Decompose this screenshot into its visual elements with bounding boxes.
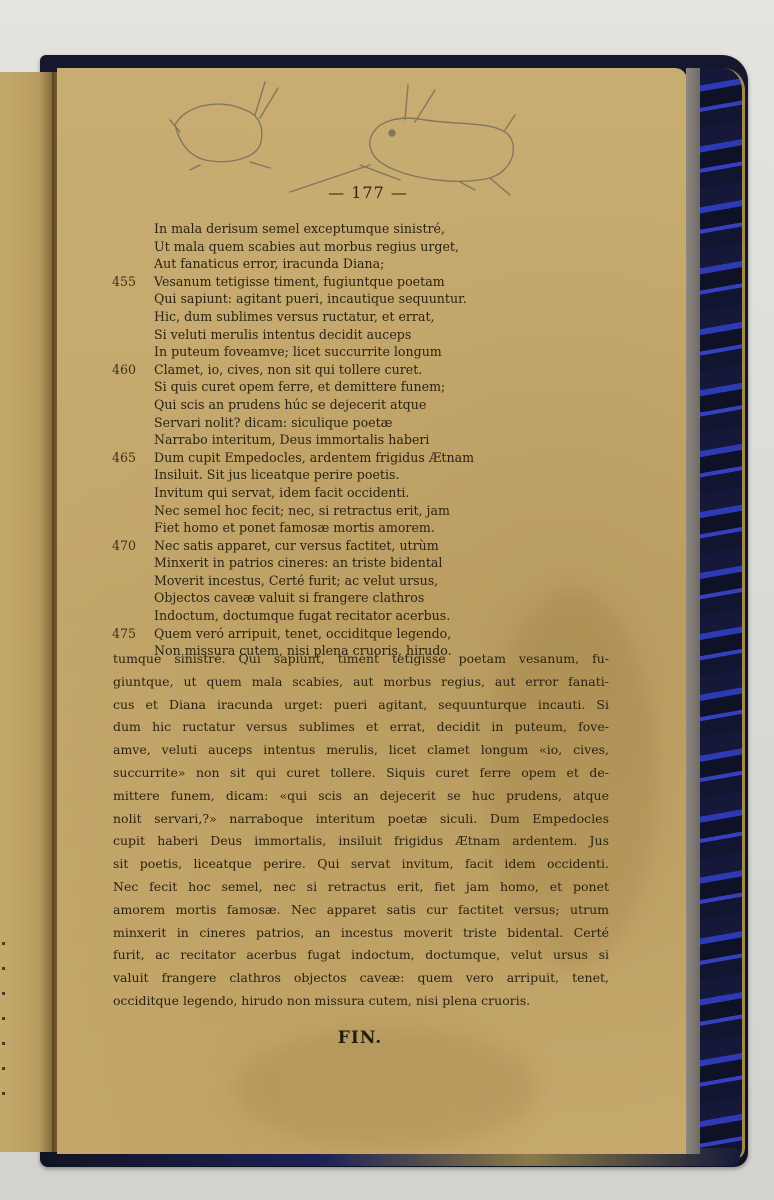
verse-text: Si veluti merulis intentus decidit aucep… (154, 326, 552, 344)
prose-line: tumque sinistré. Qui sapiunt, timent tet… (113, 648, 609, 671)
verse-text: Clamet, io, cives, non sit qui tollere c… (154, 361, 552, 379)
verse-text: Quem veró arripuit, tenet, occiditque le… (154, 625, 552, 643)
verse-text: Narrabo interitum, Deus immortalis haber… (154, 431, 552, 449)
line-number: 470 (112, 537, 154, 555)
line-number (112, 343, 154, 361)
prose-line: amve, veluti auceps intentus merulis, li… (113, 739, 609, 762)
line-number: 465 (112, 449, 154, 467)
line-number (112, 572, 154, 590)
verse-line: 465Dum cupit Empedocles, ardentem frigid… (112, 449, 552, 467)
verse-line: Minxerit in patrios cineres: an triste b… (112, 554, 552, 572)
line-number (112, 326, 154, 344)
prose-line: cupit haberi Deus immortalis, insiluit f… (113, 830, 609, 853)
line-number: 455 (112, 273, 154, 291)
verse-line: 470Nec satis apparet, cur versus factite… (112, 537, 552, 555)
verse-text: Indoctum, doctumque fugat recitator acer… (154, 607, 552, 625)
line-number (112, 414, 154, 432)
line-number (112, 589, 154, 607)
page-fore-edge (686, 68, 700, 1154)
prose-line: nolit servari,?» narraboque interitum po… (113, 808, 609, 831)
prose-line: minxerit in cineres patrios, an incestus… (113, 922, 609, 945)
prose-line: furit, ac recitator acerbus fugat indoct… (113, 944, 609, 967)
verse-line: Objectos caveæ valuit si frangere clathr… (112, 589, 552, 607)
prose-line: Nec fecit hoc semel, nec si retractus er… (113, 876, 609, 899)
verse-line: Hic, dum sublimes versus ructatur, et er… (112, 308, 552, 326)
verse-text: Qui sapiunt: agitant pueri, incautique s… (154, 290, 552, 308)
page-number: — 177 — (318, 183, 418, 202)
verse-line: 475Quem veró arripuit, tenet, occiditque… (112, 625, 552, 643)
verse-line: Indoctum, doctumque fugat recitator acer… (112, 607, 552, 625)
verse-line: Invitum qui servat, idem facit occidenti… (112, 484, 552, 502)
verse-line: Insiluit. Sit jus liceatque perire poeti… (112, 466, 552, 484)
verse-line: In mala derisum semel exceptumque sinist… (112, 220, 552, 238)
line-number (112, 554, 154, 572)
prose-line: dum hic ructatur versus sublimes et erra… (113, 716, 609, 739)
verse-text: Insiluit. Sit jus liceatque perire poeti… (154, 466, 552, 484)
prose-line: cus et Diana iracunda urget: pueri agita… (113, 694, 609, 717)
verse-text: Nec satis apparet, cur versus factitet, … (154, 537, 552, 555)
verse-line: Si quis curet opem ferre, et demittere f… (112, 378, 552, 396)
line-number (112, 290, 154, 308)
verse-line: Narrabo interitum, Deus immortalis haber… (112, 431, 552, 449)
line-number (112, 519, 154, 537)
verse-text: Hic, dum sublimes versus ructatur, et er… (154, 308, 552, 326)
verse-text: Objectos caveæ valuit si frangere clathr… (154, 589, 552, 607)
verse-line: 455Vesanum tetigisse timent, fugiuntque … (112, 273, 552, 291)
prose-line: amorem mortis famosæ. Nec apparet satis … (113, 899, 609, 922)
rabbit-sketch-illustration (160, 70, 550, 200)
latin-prose-paraphrase: tumque sinistré. Qui sapiunt, timent tet… (113, 648, 609, 1013)
verse-line: Moverit incestus, Certé furit; ac velut … (112, 572, 552, 590)
verse-text: Aut fanaticus error, iracunda Diana; (154, 255, 552, 273)
line-number (112, 607, 154, 625)
left-page-text-edges (2, 942, 10, 1117)
line-number: 460 (112, 361, 154, 379)
prose-line: occiditque legendo, hirudo non missura c… (113, 990, 609, 1013)
marbled-cover-edge (696, 68, 745, 1160)
verse-text: Qui scis an prudens húc se dejecerit atq… (154, 396, 552, 414)
line-number (112, 502, 154, 520)
verse-line: Ut mala quem scabies aut morbus regius u… (112, 238, 552, 256)
line-number: 475 (112, 625, 154, 643)
verse-text: Moverit incestus, Certé furit; ac velut … (154, 572, 552, 590)
line-number (112, 396, 154, 414)
prose-line: valuit frangere clathros objectos caveæ:… (113, 967, 609, 990)
line-number (112, 431, 154, 449)
verse-text: Dum cupit Empedocles, ardentem frigidus … (154, 449, 552, 467)
prose-line: succurrite» non sit qui curet tollere. S… (113, 762, 609, 785)
verse-text: Nec semel hoc fecit; nec, si retractus e… (154, 502, 552, 520)
verse-text: Minxerit in patrios cineres: an triste b… (154, 554, 552, 572)
latin-verse-block: In mala derisum semel exceptumque sinist… (112, 220, 552, 660)
verse-text: Invitum qui servat, idem facit occidenti… (154, 484, 552, 502)
prose-line: sit poetis, liceatque perire. Qui servat… (113, 853, 609, 876)
verse-line: Si veluti merulis intentus decidit aucep… (112, 326, 552, 344)
verse-text: In mala derisum semel exceptumque sinist… (154, 220, 552, 238)
verse-line: Aut fanaticus error, iracunda Diana; (112, 255, 552, 273)
verse-text: Vesanum tetigisse timent, fugiuntque poe… (154, 273, 552, 291)
prose-line: giuntque, ut quem mala scabies, aut morb… (113, 671, 609, 694)
verse-line: Fiet homo et ponet famosæ mortis amorem. (112, 519, 552, 537)
verse-line: Qui scis an prudens húc se dejecerit atq… (112, 396, 552, 414)
verse-line: Nec semel hoc fecit; nec, si retractus e… (112, 502, 552, 520)
verse-text: Si quis curet opem ferre, et demittere f… (154, 378, 552, 396)
line-number (112, 238, 154, 256)
prose-line: mittere funem, dicam: «qui scis an dejec… (113, 785, 609, 808)
line-number (112, 308, 154, 326)
verse-line: Qui sapiunt: agitant pueri, incautique s… (112, 290, 552, 308)
line-number (112, 484, 154, 502)
verse-text: Fiet homo et ponet famosæ mortis amorem. (154, 519, 552, 537)
verse-line: In puteum foveamve; licet succurrite lon… (112, 343, 552, 361)
closing-fin: FIN. (300, 1028, 420, 1048)
line-number (112, 378, 154, 396)
verse-text: Ut mala quem scabies aut morbus regius u… (154, 238, 552, 256)
line-number (112, 466, 154, 484)
line-number (112, 255, 154, 273)
left-facing-page (0, 72, 55, 1152)
verse-text: Servari nolit? dicam: siculique poetæ (154, 414, 552, 432)
verse-text: In puteum foveamve; licet succurrite lon… (154, 343, 552, 361)
line-number (112, 220, 154, 238)
verse-line: 460Clamet, io, cives, non sit qui toller… (112, 361, 552, 379)
verse-line: Servari nolit? dicam: siculique poetæ (112, 414, 552, 432)
